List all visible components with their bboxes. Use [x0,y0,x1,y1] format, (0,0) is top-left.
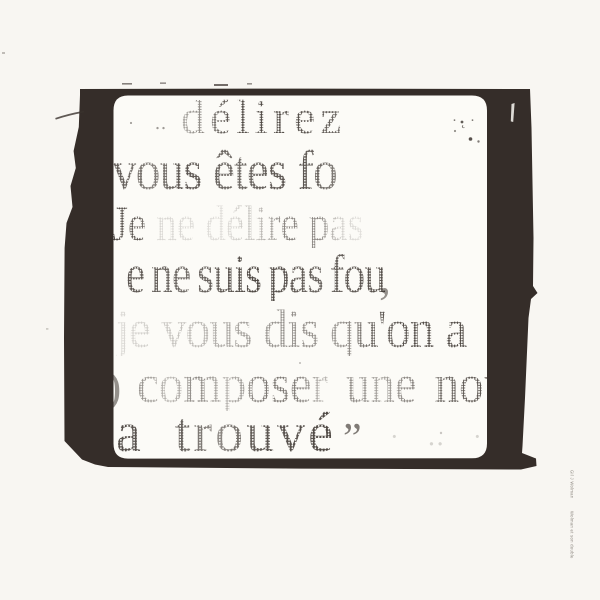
text-line-2: vous êtes fo [112,143,337,199]
ink-fragment-ghost-line7: · ‥ · · [390,424,530,450]
text-line-7: a trouvé [116,405,336,461]
text-line-6: composer une nou [137,357,508,411]
spine-credit-title: Wolman et son double [569,511,574,559]
artwork-canvas: délirez vous êtes fo Je ne délire pas e … [0,0,600,600]
spine-credit-artist: Gil J Wolman [569,470,574,498]
text-line-3: Je ne délire pas [112,198,364,248]
paper-specks [2,52,48,330]
ink-fragment-comma-line4: , [379,254,391,302]
pen-stroke-mark [56,112,85,119]
ink-fragment-before-line1: · ‥ [128,114,175,132]
text-line-1: délirez [181,94,347,142]
ink-fragment-after-line1: ·˛· [452,114,479,129]
ink-specks-top [122,82,252,86]
white-slash-mark [511,103,515,122]
ink-fragment-before-line6: ) [106,364,121,410]
text-line-4: e ne suis pas fou [126,247,385,301]
ink-fragment-quote-line7: ” [343,418,362,460]
text-line-5: je vous dis qu'on a [116,302,466,356]
